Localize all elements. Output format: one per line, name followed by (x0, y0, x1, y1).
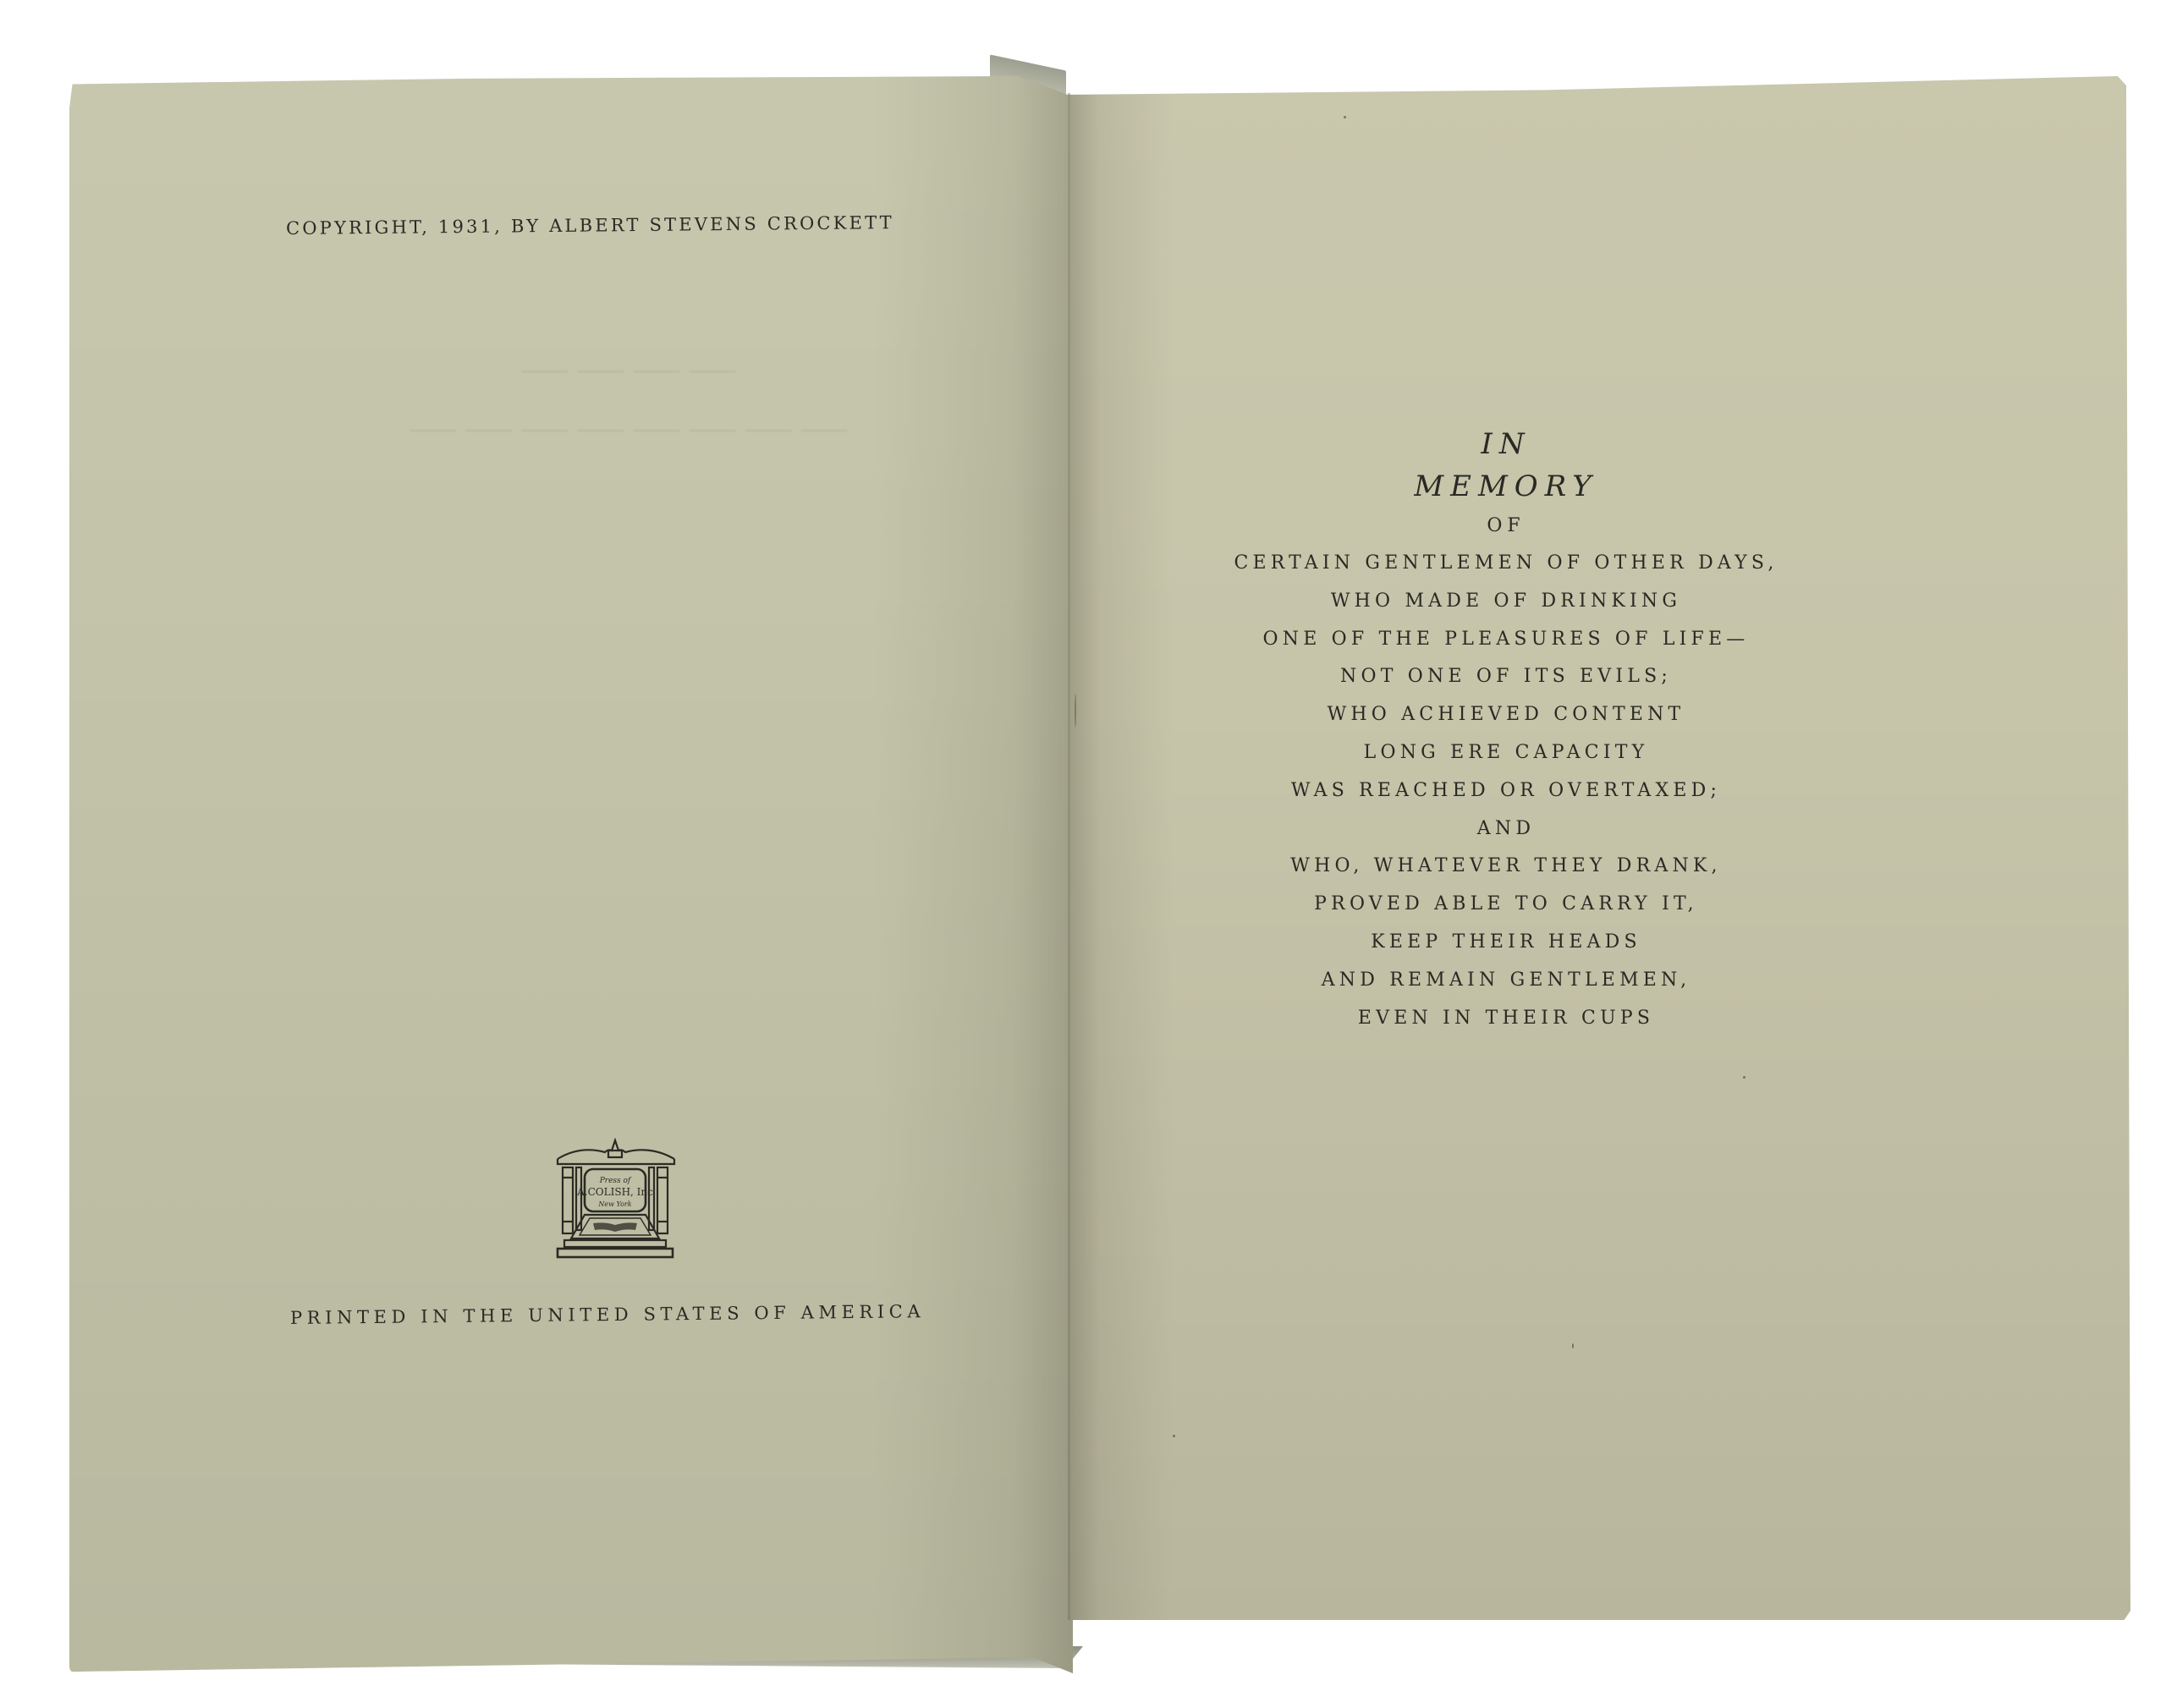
paper-speck (1173, 1435, 1175, 1437)
dedication-line: LONG ERE CAPACITY (1201, 734, 1811, 772)
dedication-line: AND REMAIN GENTLEMEN, (1201, 962, 1811, 1000)
dedication-line: AND (1201, 810, 1811, 849)
dedication-line: PROVED ABLE TO CARRY IT, (1201, 886, 1811, 924)
printer-mark-logo: Press of A.COLISH, Inc New York (546, 1134, 684, 1260)
paper-speck (1344, 116, 1346, 118)
dedication-line: KEEP THEIR HEADS (1201, 924, 1811, 962)
dedication-heading-memory: MEMORY (1201, 465, 1811, 508)
printers-device-icon: Press of A.COLISH, Inc New York (546, 1134, 684, 1260)
dedication-heading-in: IN (1201, 423, 1811, 465)
dedication: IN MEMORY OF CERTAIN GENTLEMEN OF OTHER … (1201, 423, 1811, 1037)
dedication-line: WHO, WHATEVER THEY DRANK, (1201, 848, 1811, 886)
printer-mark-line2: A.COLISH, Inc (576, 1186, 653, 1198)
gutter-mark (1075, 694, 1076, 728)
dedication-line: EVEN IN THEIR CUPS (1201, 1000, 1811, 1038)
left-page (69, 76, 1073, 1673)
dedication-line: ONE OF THE PLEASURES OF LIFE— (1201, 621, 1811, 659)
dedication-line: WHO ACHIEVED CONTENT (1201, 696, 1811, 734)
book-gutter (1068, 93, 1070, 1620)
dedication-line: WAS REACHED OR OVERTAXED; (1201, 772, 1811, 810)
open-book: ———— ———————— COPYRIGHT, 1931, BY ALBERT… (0, 0, 2166, 1708)
dedication-line: NOT ONE OF ITS EVILS; (1201, 658, 1811, 696)
dedication-of: OF (1201, 508, 1811, 545)
dedication-line: CERTAIN GENTLEMEN OF OTHER DAYS, (1201, 545, 1811, 583)
show-through-text: ———— ———————— (305, 338, 948, 457)
paper-speck (1572, 1343, 1574, 1348)
printer-mark-line3: New York (597, 1200, 631, 1208)
paper-speck (1743, 1076, 1745, 1079)
dedication-line: WHO MADE OF DRINKING (1201, 583, 1811, 621)
printer-mark-line1: Press of (599, 1177, 632, 1185)
